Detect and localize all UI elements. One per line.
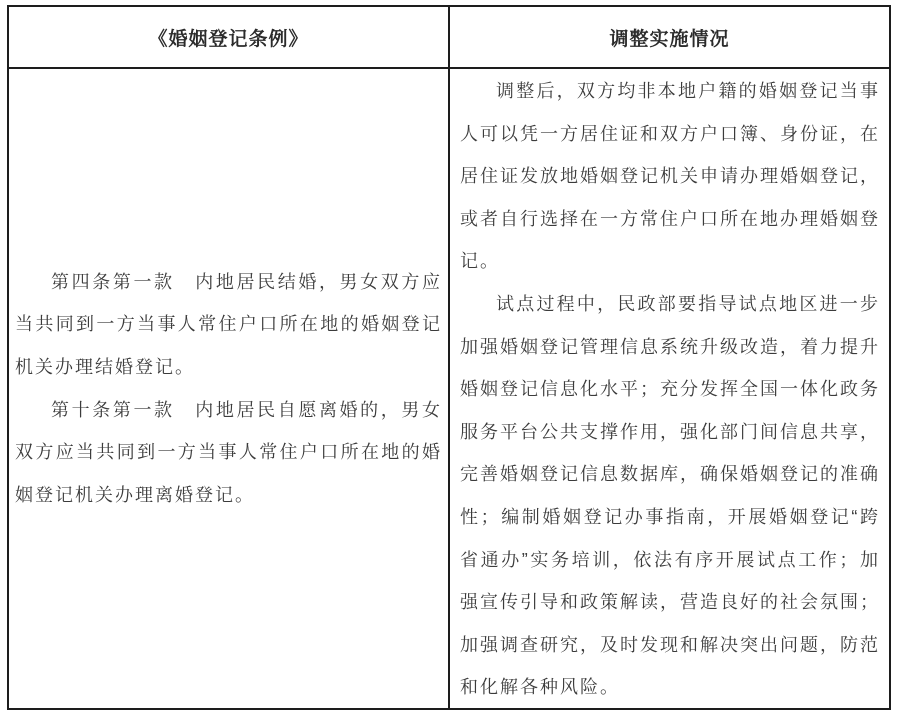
implementation-paragraph-adjustment: 调整后，双方均非本地户籍的婚姻登记当事人可以凭一方居住证和双方户口簿、身份证，在… <box>460 70 880 283</box>
table-header-row: 《婚姻登记条例》 调整实施情况 <box>9 7 889 69</box>
header-implementation-title: 调整实施情况 <box>450 7 889 67</box>
regulation-comparison-table: 《婚姻登记条例》 调整实施情况 第四条第一款 内地居民结婚，男女双方应当共同到一… <box>7 5 891 710</box>
implementation-paragraph-pilot: 试点过程中，民政部要指导试点地区进一步加强婚姻登记管理信息系统升级改造，着力提升… <box>460 283 880 708</box>
table-body-row: 第四条第一款 内地居民结婚，男女双方应当共同到一方当事人常住户口所在地的婚姻登记… <box>9 69 889 708</box>
regulation-paragraph-article4: 第四条第一款 内地居民结婚，男女双方应当共同到一方当事人常住户口所在地的婚姻登记… <box>15 261 442 389</box>
document-page: 《婚姻登记条例》 调整实施情况 第四条第一款 内地居民结婚，男女双方应当共同到一… <box>0 0 900 715</box>
regulation-cell: 第四条第一款 内地居民结婚，男女双方应当共同到一方当事人常住户口所在地的婚姻登记… <box>9 69 450 708</box>
header-regulation-title: 《婚姻登记条例》 <box>9 7 450 67</box>
implementation-cell: 调整后，双方均非本地户籍的婚姻登记当事人可以凭一方居住证和双方户口簿、身份证，在… <box>450 69 889 708</box>
regulation-paragraph-article10: 第十条第一款 内地居民自愿离婚的，男女双方应当共同到一方当事人常住户口所在地的婚… <box>15 389 442 517</box>
